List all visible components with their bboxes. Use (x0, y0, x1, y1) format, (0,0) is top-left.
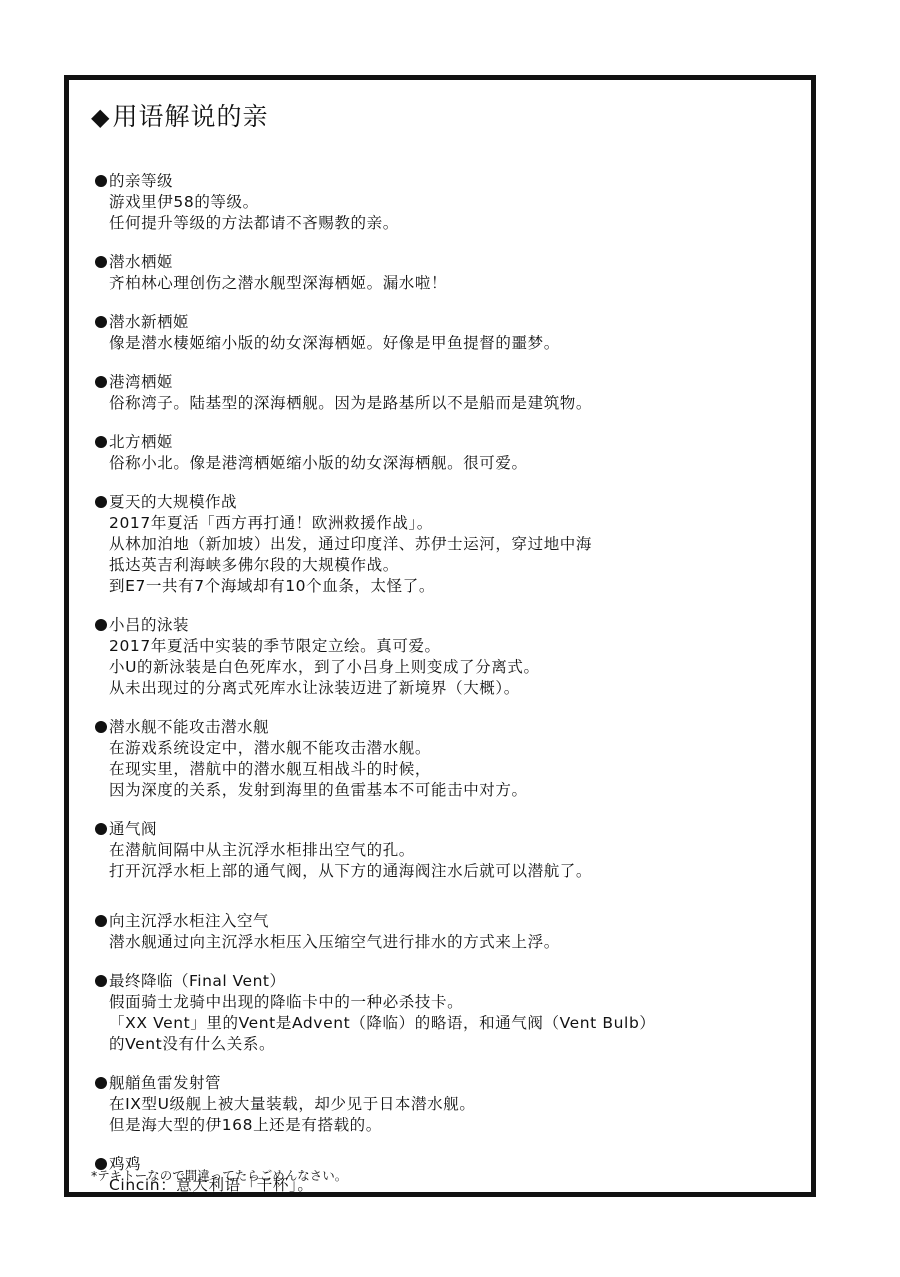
entry-description-line: 的Vent没有什么关系。 (95, 1034, 791, 1055)
footnote: *テキトーなので間違ってたらごめんなさい。 (91, 1166, 347, 1184)
page-title: ◆用语解说的亲 (91, 100, 268, 134)
bullet-dot-icon (95, 975, 107, 987)
entry-description-line: 从未出现过的分离式死库水让泳装迈进了新境界（大概）。 (95, 678, 791, 699)
entry-heading: 通气阀 (95, 818, 791, 840)
entry-heading: 小吕的泳装 (95, 614, 791, 636)
entry-heading: 潜水新栖姬 (95, 311, 791, 333)
entry-heading: 北方栖姬 (95, 431, 791, 453)
entry-description-line: 因为深度的关系，发射到海里的鱼雷基本不可能击中对方。 (95, 780, 791, 801)
entry-heading-text: 港湾栖姬 (109, 373, 173, 391)
entry-description-line: 在游戏系统设定中，潜水舰不能攻击潜水舰。 (95, 738, 791, 759)
entry-heading-text: 潜水新栖姬 (109, 313, 189, 331)
glossary-entry: 的亲等级游戏里伊58的等级。任何提升等级的方法都请不吝赐教的亲。 (95, 170, 791, 234)
entry-description-line: 打开沉浮水柜上部的通气阀，从下方的通海阀注水后就可以潜航了。 (95, 861, 791, 882)
entry-heading-text: 通气阀 (109, 820, 157, 838)
entry-heading-text: 北方栖姬 (109, 433, 173, 451)
entry-heading-text: 潜水栖姬 (109, 253, 173, 271)
bullet-dot-icon (95, 1077, 107, 1089)
entry-heading-text: 小吕的泳装 (109, 616, 189, 634)
glossary-entry: 小吕的泳装2017年夏活中实装的季节限定立绘。真可爱。小U的新泳装是白色死库水，… (95, 614, 791, 699)
entry-description-line: 在IX型U级舰上被大量装载，却少见于日本潜水舰。 (95, 1094, 791, 1115)
glossary-entry: 潜水栖姬齐柏林心理创伤之潜水舰型深海栖姬。漏水啦！ (95, 251, 791, 294)
entry-description-line: 「XX Vent」里的Vent是Advent（降临）的略语，和通气阀（Vent … (95, 1013, 791, 1034)
bullet-dot-icon (95, 915, 107, 927)
glossary-entry: 舰艏鱼雷发射管在IX型U级舰上被大量装载，却少见于日本潜水舰。但是海大型的伊16… (95, 1072, 791, 1136)
entry-heading-text: 舰艏鱼雷发射管 (109, 1074, 221, 1092)
bullet-dot-icon (95, 376, 107, 388)
entry-description-line: 任何提升等级的方法都请不吝赐教的亲。 (95, 213, 791, 234)
entry-description-line: 2017年夏活「西方再打通！欧洲救援作战」。 (95, 513, 791, 534)
glossary-entry: 向主沉浮水柜注入空气潜水舰通过向主沉浮水柜压入压缩空气进行排水的方式来上浮。 (95, 910, 791, 953)
glossary-entry: 最终降临（Final Vent）假面骑士龙骑中出现的降临卡中的一种必杀技卡。「X… (95, 970, 791, 1055)
page-title-text: 用语解说的亲 (112, 102, 268, 131)
entry-description-line: 俗称小北。像是港湾栖姬缩小版的幼女深海栖舰。很可爱。 (95, 453, 791, 474)
entry-description-line: 潜水舰通过向主沉浮水柜压入压缩空气进行排水的方式来上浮。 (95, 932, 791, 953)
glossary-entry: 港湾栖姬俗称湾子。陆基型的深海栖舰。因为是路基所以不是船而是建筑物。 (95, 371, 791, 414)
entry-heading: 的亲等级 (95, 170, 791, 192)
entry-description-line: 小U的新泳装是白色死库水，到了小吕身上则变成了分离式。 (95, 657, 791, 678)
entry-description-line: 在现实里，潜航中的潜水舰互相战斗的时候， (95, 759, 791, 780)
entry-description-line: 从林加泊地（新加坡）出发，通过印度洋、苏伊士运河，穿过地中海 (95, 534, 791, 555)
entry-heading-text: 的亲等级 (109, 172, 173, 190)
entry-description-line: 抵达英吉利海峡多佛尔段的大规模作战。 (95, 555, 791, 576)
bullet-dot-icon (95, 823, 107, 835)
entry-heading: 潜水舰不能攻击潜水舰 (95, 716, 791, 738)
entry-description-line: 在潜航间隔中从主沉浮水柜排出空气的孔。 (95, 840, 791, 861)
entry-heading: 舰艏鱼雷发射管 (95, 1072, 791, 1094)
bullet-dot-icon (95, 496, 107, 508)
entry-description-line: 到E7一共有7个海域却有10个血条，太怪了。 (95, 576, 791, 597)
entry-heading: 潜水栖姬 (95, 251, 791, 273)
entry-heading-text: 潜水舰不能攻击潜水舰 (109, 718, 269, 736)
bullet-dot-icon (95, 316, 107, 328)
entry-heading: 向主沉浮水柜注入空气 (95, 910, 791, 932)
glossary-entries: 的亲等级游戏里伊58的等级。任何提升等级的方法都请不吝赐教的亲。潜水栖姬齐柏林心… (95, 170, 791, 1213)
entry-heading: 最终降临（Final Vent） (95, 970, 791, 992)
entry-description-line: 假面骑士龙骑中出现的降临卡中的一种必杀技卡。 (95, 992, 791, 1013)
bullet-dot-icon (95, 619, 107, 631)
entry-description-line: 像是潜水棲姬缩小版的幼女深海栖姬。好像是甲鱼提督的噩梦。 (95, 333, 791, 354)
entry-heading: 港湾栖姬 (95, 371, 791, 393)
entry-description-line: 2017年夏活中实装的季节限定立绘。真可爱。 (95, 636, 791, 657)
entry-description-line: 俗称湾子。陆基型的深海栖舰。因为是路基所以不是船而是建筑物。 (95, 393, 791, 414)
bullet-dot-icon (95, 175, 107, 187)
entry-description-line: 游戏里伊58的等级。 (95, 192, 791, 213)
entry-heading-text: 向主沉浮水柜注入空气 (109, 912, 269, 930)
glossary-entry: 夏天的大规模作战2017年夏活「西方再打通！欧洲救援作战」。从林加泊地（新加坡）… (95, 491, 791, 597)
glossary-entry: 北方栖姬俗称小北。像是港湾栖姬缩小版的幼女深海栖舰。很可爱。 (95, 431, 791, 474)
entry-heading: 夏天的大规模作战 (95, 491, 791, 513)
bullet-dot-icon (95, 436, 107, 448)
diamond-bullet-icon: ◆ (91, 103, 110, 131)
bullet-dot-icon (95, 256, 107, 268)
entry-heading-text: 最终降临（Final Vent） (109, 972, 286, 990)
bullet-dot-icon (95, 721, 107, 733)
entry-description-line: 齐柏林心理创伤之潜水舰型深海栖姬。漏水啦！ (95, 273, 791, 294)
entry-description-line: 但是海大型的伊168上还是有搭载的。 (95, 1115, 791, 1136)
glossary-entry: 潜水新栖姬像是潜水棲姬缩小版的幼女深海栖姬。好像是甲鱼提督的噩梦。 (95, 311, 791, 354)
glossary-frame: ◆用语解说的亲 的亲等级游戏里伊58的等级。任何提升等级的方法都请不吝赐教的亲。… (64, 75, 816, 1197)
glossary-entry: 通气阀在潜航间隔中从主沉浮水柜排出空气的孔。打开沉浮水柜上部的通气阀，从下方的通… (95, 818, 791, 882)
glossary-entry: 潜水舰不能攻击潜水舰在游戏系统设定中，潜水舰不能攻击潜水舰。在现实里，潜航中的潜… (95, 716, 791, 801)
entry-heading-text: 夏天的大规模作战 (109, 493, 237, 511)
